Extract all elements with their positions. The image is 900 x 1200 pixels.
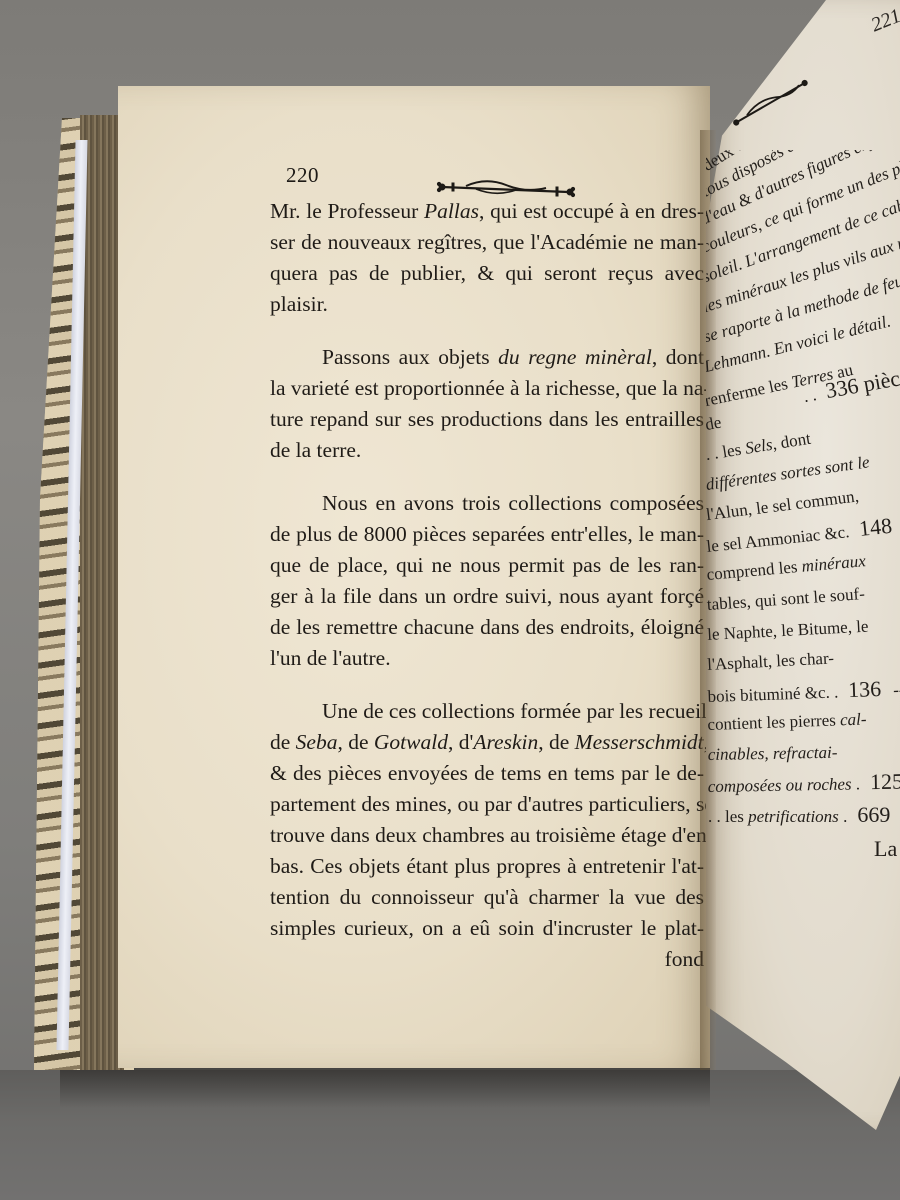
text-line: de Seba, de Gotwald, d'Areskin, de Messe… [270,727,704,758]
text-line: de la terre. [270,435,704,466]
page-number-left: 220 [286,163,319,188]
text-line: & des pièces envoyées de tems en tems pa… [270,758,704,789]
text-line: partement des mines, ou par d'autres par… [270,789,704,820]
text-line: de les remettre chacune dans des endroit… [270,612,704,643]
inventory-entry: composées ou roches .1258-- [707,767,900,800]
text-line: Nous en avons trois collections composée… [270,488,704,519]
text-line: de plus de 8000 pièces separées entr'ell… [270,519,704,550]
text-line: ture repand sur ses productions dans les… [270,404,704,435]
text-line: trouve dans deux chambres au troisième é… [270,820,704,851]
text-line: Passons aux objets du regne minèral, don… [270,342,704,373]
inventory-entry: contient les pierres cal- [707,703,900,740]
catchword: La [874,834,900,864]
text-line: l'un de l'autre. [270,643,704,674]
left-page-body: Mr. le Professeur Pallas, qui est occupé… [270,196,704,975]
catchword: fond [270,944,704,975]
text-line: plaisir. [270,289,704,320]
text-line: ger à la file dans un ordre suivi, nous … [270,581,704,612]
inventory-entry: . . les petrifications .669-- [708,800,900,830]
text-line: la varieté est proportionnée à la riches… [270,373,704,404]
inventory-entry: cinables, refractai- [707,737,900,770]
text-line: Mr. le Professeur Pallas, qui est occupé… [270,196,704,227]
text-line: ser de nouveaux regîtres, que l'Académie… [270,227,704,258]
text-line: que de place, qui ne nous permit pas de … [270,550,704,581]
text-line: tention du connoisseur qu'à charmer la v… [270,882,704,913]
text-line: Une de ces collections formée par les re… [270,696,704,727]
book-shadow [60,1068,710,1108]
right-page-body: deux chambres, de coquillages & tous dis… [706,150,900,900]
mineral-inventory-list: renferme les Terres au . .336 pièces de … [706,390,900,900]
text-line: bas. Ces objets étant plus propres à ent… [270,851,704,882]
text-line: simples curieux, on a eû soin d'incruste… [270,913,704,944]
text-line: quera pas de publier, & qui seront reçus… [270,258,704,289]
